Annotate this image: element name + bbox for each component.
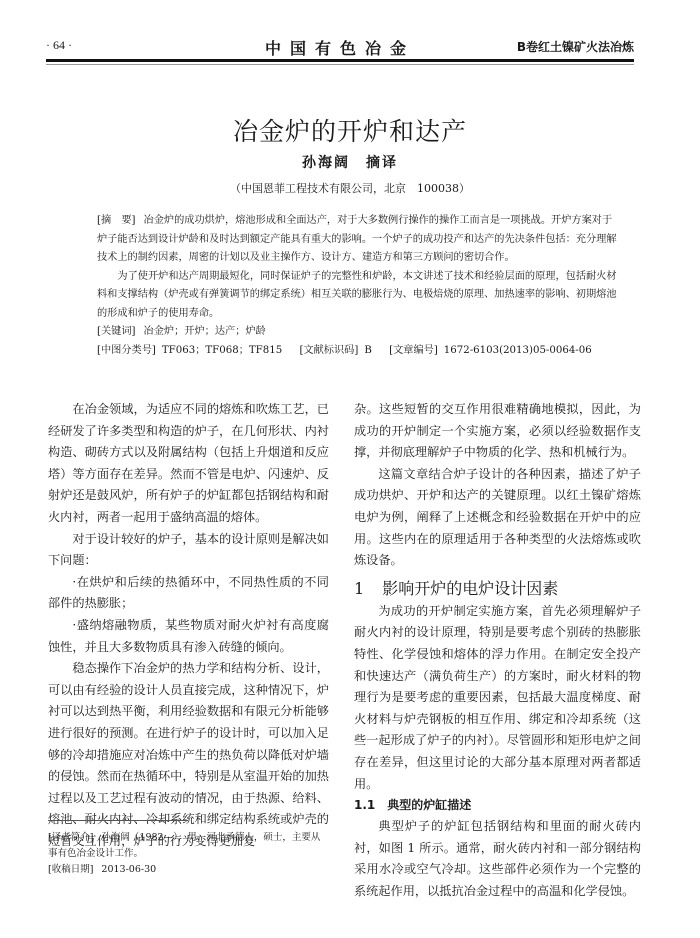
abstract-text-1: 冶金炉的成功烘炉，熔池形成和全面达产，对于大多数例行操作的操作工而言是一项挑战。… bbox=[97, 215, 617, 263]
body-paragraph: 这篇文章结合炉子设计的各种因素，描述了炉子成功烘炉、开炉和达产的关键原理。以红土… bbox=[354, 464, 641, 572]
article-no-label: [文章编号] bbox=[389, 345, 438, 356]
body-paragraph: 稳态操作下冶金炉的热力学和结构分析、设计，可以由有经验的设计人员直接完成，这种情… bbox=[48, 658, 329, 852]
bullet-item: ·盛纳熔融物质，某些物质对耐火炉衬有高度腐蚀性，并且大多数物质具有渗入砖缝的倾向… bbox=[48, 615, 329, 658]
footnote-block: [译者简介]孙海阔（1982—），男，河北承德人，硕士，主要从事有色冶金设计工作… bbox=[48, 830, 329, 878]
received-note: [收稿日期]2013-06-30 bbox=[48, 862, 329, 878]
clc-value: TF063；TF068；TF815 bbox=[162, 345, 282, 356]
translator-note: [译者简介]孙海阔（1982—），男，河北承德人，硕士，主要从事有色冶金设计工作… bbox=[48, 830, 329, 862]
section-number: 1 bbox=[354, 579, 364, 598]
header-rule-thin bbox=[46, 64, 634, 65]
body-paragraph: 典型炉子的炉缸包括钢结构和里面的耐火砖内衬，如图 1 所示。通常，耐火砖内衬和一… bbox=[354, 816, 641, 902]
abstract-block: [摘 要]冶金炉的成功烘炉，熔池形成和全面达产，对于大多数例行操作的操作工而言是… bbox=[97, 212, 619, 360]
translator-label: [译者简介] bbox=[48, 832, 93, 843]
abstract-para-2: 为了使开炉和达产周期最短化，同时保证炉子的完整性和炉龄，本文讲述了技术和经验层面… bbox=[97, 268, 619, 324]
received-date: 2013-06-30 bbox=[101, 864, 156, 875]
article-title: 冶金炉的开炉和达产 bbox=[0, 112, 700, 148]
running-header: · 64 · 中国有色冶金 B卷红土镍矿火法冶炼 bbox=[46, 36, 634, 56]
doc-code-label: [文献标识码] bbox=[299, 345, 358, 356]
body-paragraph: 对于设计较好的炉子，基本的设计原则是解决如下问题： bbox=[48, 529, 329, 572]
body-paragraph: 为成功的开炉制定实施方案，首先必须理解炉子耐火内衬的设计原理，特别是要考虑个别砖… bbox=[354, 601, 641, 795]
section-heading-1: 1影响开炉的电炉设计因素 bbox=[354, 578, 641, 600]
section-name: B卷红土镍矿火法冶炼 bbox=[517, 38, 634, 55]
body-column-left: 在冶金领域，为适应不同的熔炼和吹炼工艺，已经研发了许多类型和构造的炉子，在几何形… bbox=[48, 399, 329, 852]
body-paragraph: 在冶金领域，为适应不同的熔炼和吹炼工艺，已经研发了许多类型和构造的炉子，在几何形… bbox=[48, 399, 329, 529]
section-title: 影响开炉的电炉设计因素 bbox=[382, 579, 558, 598]
received-label: [收稿日期] bbox=[48, 864, 93, 875]
keywords-text: 冶金炉；开炉；达产；炉龄 bbox=[144, 326, 266, 337]
author-affiliation: （中国恩菲工程技术有限公司，北京 100038） bbox=[0, 180, 700, 196]
classification-line: [中图分类号]TF063；TF068；TF815 [文献标识码]B [文章编号]… bbox=[97, 342, 619, 361]
footnote-rule bbox=[48, 820, 188, 821]
keywords-label: [关键词] bbox=[97, 326, 136, 337]
body-column-right: 杂。这些短暂的交互作用很难精确地模拟，因此，为成功的开炉制定一个实施方案，必须以… bbox=[354, 399, 641, 902]
subsection-number: 1.1 bbox=[354, 798, 375, 812]
article-no-value: 1672-6103(2013)05-0064-06 bbox=[444, 345, 592, 356]
keywords-line: [关键词]冶金炉；开炉；达产；炉龄 bbox=[97, 323, 619, 342]
clc-label: [中图分类号] bbox=[97, 345, 156, 356]
body-paragraph: 杂。这些短暂的交互作用很难精确地模拟，因此，为成功的开炉制定一个实施方案，必须以… bbox=[354, 399, 641, 464]
article-author: 孙海阔 摘译 bbox=[0, 152, 700, 172]
abstract-para-1: [摘 要]冶金炉的成功烘炉，熔池形成和全面达产，对于大多数例行操作的操作工而言是… bbox=[97, 212, 619, 268]
header-rule-thick bbox=[46, 59, 634, 62]
subsection-title: 典型的炉缸描述 bbox=[387, 798, 471, 812]
bullet-item: ·在烘炉和后续的热循环中，不同热性质的不同部件的热膨胀； bbox=[48, 572, 329, 615]
abstract-label: [摘 要] bbox=[97, 215, 136, 226]
subsection-heading-1-1: 1.1典型的炉缸描述 bbox=[354, 795, 641, 816]
doc-code-value: B bbox=[364, 345, 372, 356]
